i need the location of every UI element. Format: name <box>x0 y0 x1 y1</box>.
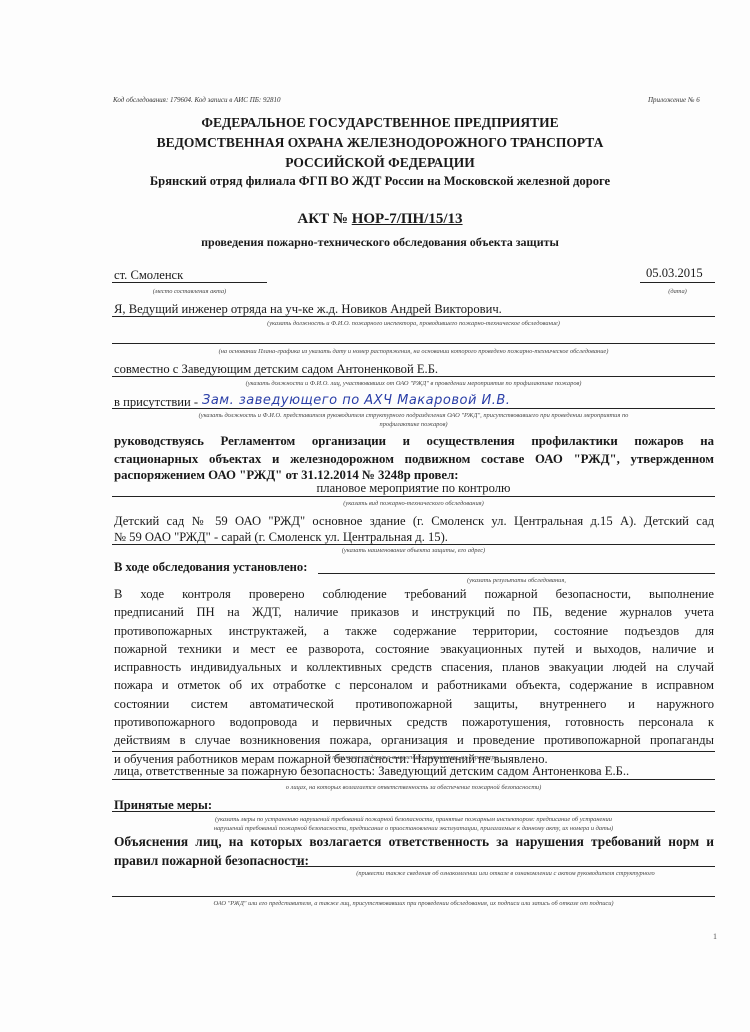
jointly-hint: (указать должности и Ф.И.О. лиц, участво… <box>112 380 715 387</box>
basis-hint: (на основании Плана-графика из указать д… <box>112 348 715 355</box>
inspector-underline <box>112 316 715 317</box>
presence-underline <box>112 408 715 409</box>
org-line-2: ВЕДОМСТВЕННАЯ ОХРАНА ЖЕЛЕЗНОДОРОЖНОГО ТР… <box>100 135 660 151</box>
responsible-text: лица, ответственные за пожарную безопасн… <box>114 764 629 779</box>
presence-hint-1: (указать должность и Ф.И.О. представител… <box>112 412 715 419</box>
explanations-underline <box>296 866 715 867</box>
act-number: НОР-7/ПН/15/13 <box>352 211 463 227</box>
responsible-underline <box>112 779 715 780</box>
place-hint: (место составления акта) <box>112 288 267 295</box>
findings-underline <box>318 573 715 574</box>
regulation-line-2: стационарных объектах и железнодорожном … <box>114 450 714 468</box>
presence-handwritten: Зам. заведующего по АХЧ Макаровой И.В. <box>202 393 510 408</box>
place-value: ст. Смоленск <box>114 268 183 283</box>
explanations-hint-1: (привести также сведения об ознакомлении… <box>296 870 715 877</box>
measures-hint-1: (указать меры по устранению нарушений тр… <box>112 816 715 823</box>
object-line-2: № 59 ОАО "РЖД" - сарай (г. Смоленск ул. … <box>114 530 448 545</box>
findings-label: В ходе обследования установлено: <box>114 560 307 575</box>
explanations-line-2: правил пожарной безопасности: <box>114 853 309 869</box>
inspector-text: Я, Ведущий инженер отряда на уч-ке ж.д. … <box>114 302 502 317</box>
findings-hint-2: в том числе сведения о выявленных наруше… <box>112 754 715 761</box>
presence-hint-2: профилактике пожаров) <box>112 421 715 428</box>
findings-line: противопожарного водопровода и первичных… <box>114 713 714 731</box>
findings-line: пожарной техники и мест ее разворота, со… <box>114 640 714 658</box>
document-page: Код обследования: 179604. Код записи в А… <box>0 0 750 1032</box>
appendix-number: Приложение № 6 <box>648 96 700 104</box>
event-type-underline <box>112 496 715 497</box>
act-subtitle: проведения пожарно-технического обследов… <box>100 235 660 250</box>
regulation-line-1: руководствуясь Регламентом организации и… <box>114 432 714 450</box>
date-hint: (дата) <box>640 288 715 295</box>
object-hint: (указать наименование объекта защиты, ег… <box>112 547 715 554</box>
act-title-prefix: АКТ № <box>297 211 351 227</box>
act-title: АКТ № НОР-7/ПН/15/13 <box>100 211 660 228</box>
explanations-line-1: Объяснения лиц, на которых возлагается о… <box>114 833 714 851</box>
inspector-hint: (указать должность и Ф.И.О. пожарного ин… <box>112 320 715 327</box>
date-value: 05.03.2015 <box>646 266 703 281</box>
org-line-1: ФЕДЕРАЛЬНОЕ ГОСУДАРСТВЕННОЕ ПРЕДПРИЯТИЕ <box>100 115 660 131</box>
findings-text-underline <box>112 751 715 752</box>
event-type-hint: (указать вид пожарно-технического обслед… <box>112 500 715 507</box>
findings-line: предписаний ПН на ЖДТ, наличие приказов … <box>114 603 714 621</box>
findings-line: В ходе контроля проверено соблюдение тре… <box>114 585 714 603</box>
findings-line: состоянии систем автоматической противоп… <box>114 695 714 713</box>
jointly-underline <box>112 376 715 377</box>
org-line-4: Брянский отряд филиала ФГП ВО ЖДТ России… <box>100 174 660 189</box>
measures-underline <box>112 811 715 812</box>
org-line-3: РОССИЙСКОЙ ФЕДЕРАЦИИ <box>100 155 660 171</box>
page-number: 1 <box>713 932 717 941</box>
findings-line: противопожарных инструктажей, а также со… <box>114 622 714 640</box>
explanations-underline-2 <box>112 896 715 897</box>
measures-hint-2: нарушений требований пожарной безопаснос… <box>112 825 715 832</box>
findings-line: исправность индивидуальных и коллективны… <box>114 658 714 676</box>
findings-line: пожара и отметок об их отработке с персо… <box>114 676 714 694</box>
basis-underline <box>112 343 715 344</box>
explanations-hint-2: ОАО "РЖД" или его представителя, а также… <box>112 900 715 907</box>
survey-code: Код обследования: 179604. Код записи в А… <box>113 96 281 104</box>
object-underline <box>112 544 715 545</box>
event-type-text: плановое мероприятие по контролю <box>112 481 715 496</box>
findings-line: действиям в случае возникновения пожара,… <box>114 731 714 749</box>
findings-text: В ходе контроля проверено соблюдение тре… <box>114 585 714 768</box>
place-underline <box>112 282 267 283</box>
date-underline <box>640 282 715 283</box>
jointly-text: совместно с Заведующим детским садом Ант… <box>114 362 438 377</box>
responsible-hint: о лицах, на которых возлагается ответств… <box>112 784 715 791</box>
findings-hint: (указать результаты обследования, <box>318 577 715 584</box>
object-line-1: Детский сад № 59 ОАО "РЖД" основное здан… <box>114 512 714 530</box>
